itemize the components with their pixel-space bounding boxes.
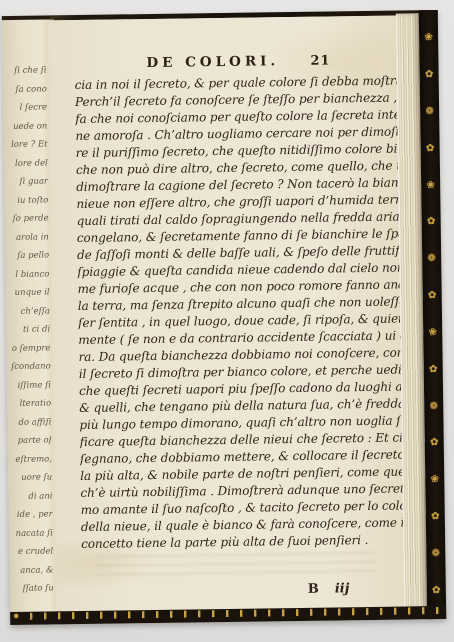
text-fragment: nacata ſi [9, 524, 53, 543]
text-line: concetto tiene la parte più alta de ſuoi… [81, 531, 407, 553]
text-fragment: di ani [8, 487, 52, 506]
text-fragment: ti ci di [6, 320, 50, 339]
previous-page-text-fragments: ſi che ſiſa conol ſecreuede onlore ? Etl… [2, 61, 53, 598]
text-fragment: unque il [6, 283, 50, 302]
book: ſi che ſiſa conol ſecreuede onlore ? Etl… [2, 10, 446, 625]
show-through-text [95, 552, 375, 582]
text-fragment: lore del [4, 154, 48, 173]
text-fragment: uore ſu [8, 468, 52, 487]
signature-letter: B [308, 582, 319, 597]
running-header: DE COLORI. 21 [48, 52, 398, 75]
page-title: DE COLORI. [146, 53, 279, 71]
text-fragment: ch’eſſa [6, 302, 50, 321]
gold-ornament-icon: ❀ [426, 181, 435, 191]
gold-ornament-icon: ❀ [428, 328, 437, 338]
gold-ornament-icon: ❀ [431, 475, 440, 485]
text-fragment: lore ? Et [3, 135, 47, 154]
text-fragment: uede on [3, 117, 47, 136]
text-fragment: ſo perde [4, 209, 48, 228]
book-page: DE COLORI. 21 cia in noi il ſecreto, & p… [48, 16, 406, 612]
gold-ornament-icon: ❁ [432, 549, 441, 559]
gold-ornament-icon: ❀ [424, 33, 433, 43]
text-fragment: l bianco [5, 265, 49, 284]
gold-ornament-icon: ✿ [428, 291, 437, 301]
text-fragment: l ſecre [3, 98, 47, 117]
text-fragment: parte oſ [8, 431, 52, 450]
text-fragment: ſa pello [5, 246, 49, 265]
text-fragment: anca, & [9, 561, 53, 580]
text-fragment: eſtremo, [8, 450, 52, 469]
text-fragment: e crudel [9, 542, 53, 561]
signature-mark: Biij [308, 581, 350, 597]
gold-ornament-icon: ✿ [430, 438, 439, 448]
text-fragment: iſſime ſi [7, 376, 51, 395]
folio-number: 21 [310, 53, 330, 68]
text-fragment: o ſempre [6, 339, 50, 358]
photo-background: ſi che ſiſa conol ſecreuede onlore ? Etl… [0, 0, 454, 642]
gold-ornament-icon: ❁ [429, 402, 438, 412]
gold-ornament-icon: ✿ [427, 218, 436, 228]
gold-ornament-icon: ❁ [427, 254, 436, 264]
text-fragment: arola in [5, 228, 49, 247]
text-fragment: ſi che ſi [2, 61, 46, 80]
text-fragment: do affiſi [7, 413, 51, 432]
text-fragment: lteratio [7, 394, 51, 413]
gold-ornament-icon: ❁ [425, 107, 434, 117]
text-fragment: iu toſto [4, 191, 48, 210]
text-fragment: ſcondano [7, 357, 51, 376]
body-text: cia in noi il ſecreto, & per quale color… [75, 73, 408, 554]
gold-ornament-icon: ✿ [429, 365, 438, 375]
signature-number: iij [335, 581, 350, 596]
gold-ornament-icon: ✿ [425, 70, 434, 80]
text-fragment: ſi guar [4, 172, 48, 191]
text-fragment: ſa cono [3, 80, 47, 99]
gold-ornament-icon: ✿ [426, 144, 435, 154]
text-fragment: ide , per [9, 505, 53, 524]
text-fragment: ſſato ſu [10, 579, 54, 598]
gold-ornament-icon: ✿ [431, 512, 440, 522]
gold-ornament-icon: ✿ [432, 586, 441, 596]
